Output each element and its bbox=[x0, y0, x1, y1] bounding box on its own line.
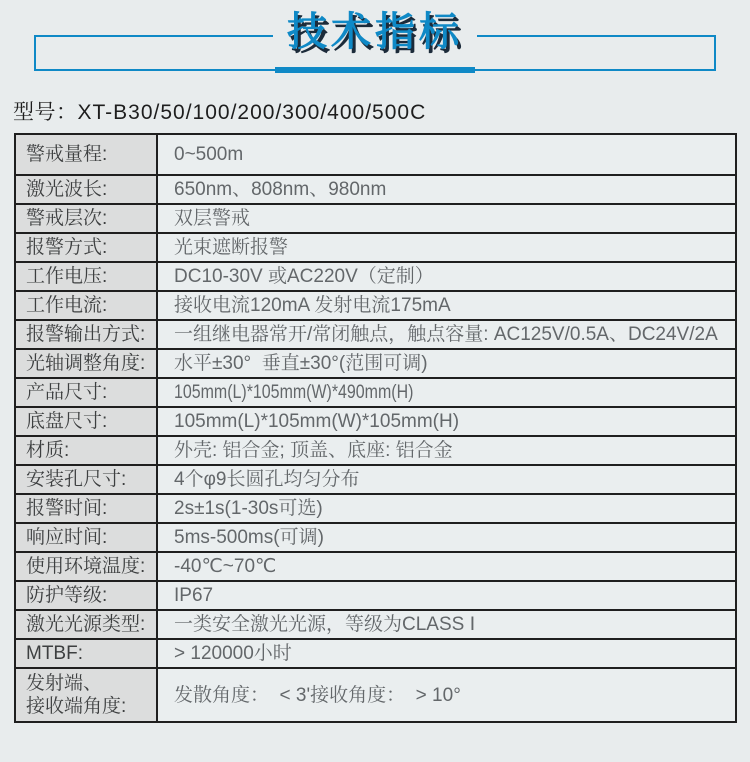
spec-value-text: 发散角度： < 3'接收角度： > 10° bbox=[174, 685, 461, 706]
table-row: 安装孔尺寸: 4个φ9长圆孔均匀分布 bbox=[15, 465, 736, 494]
spec-value-text: 接收电流120mA 发射电流175mA bbox=[174, 295, 451, 316]
spec-label: 警戒层次: bbox=[15, 204, 157, 233]
spec-value-text: 水平±30° 垂直±30°(范围可调) bbox=[174, 353, 428, 374]
spec-label: 报警方式: bbox=[15, 233, 157, 262]
header-banner: 技术指标 bbox=[0, 0, 750, 90]
table-row: MTBF: > 120000小时 bbox=[15, 639, 736, 668]
spec-label: 报警时间: bbox=[15, 494, 157, 523]
spec-sheet-page: 技术指标 型号：XT-B30/50/100/200/300/400/500C 警… bbox=[0, 0, 750, 762]
title-underline bbox=[275, 67, 475, 73]
table-row: 报警输出方式: 一组继电器常开/常闭触点，触点容量: AC125V/0.5A、D… bbox=[15, 320, 736, 349]
spec-table: 警戒量程: 0~500m 激光波长: 650nm、808nm、980nm 警戒层… bbox=[14, 133, 737, 723]
spec-value-text: 4个φ9长圆孔均匀分布 bbox=[174, 469, 359, 490]
spec-value-text: 105mm(L)*105mm(W)*490mm(H) bbox=[174, 381, 413, 404]
spec-value-text: 105mm(L)*105mm(W)*105mm(H) bbox=[174, 411, 459, 432]
spec-label: 底盘尺寸: bbox=[15, 407, 157, 436]
spec-value-text: 0~500m bbox=[174, 144, 243, 165]
table-row: 光轴调整角度: 水平±30° 垂直±30°(范围可调) bbox=[15, 349, 736, 378]
spec-value: 一类安全激光光源，等级为CLASS Ⅰ bbox=[157, 610, 736, 639]
table-row: 报警时间: 2s±1s(1-30s可选) bbox=[15, 494, 736, 523]
table-row: 激光光源类型: 一类安全激光光源，等级为CLASS Ⅰ bbox=[15, 610, 736, 639]
table-row: 报警方式: 光束遮断报警 bbox=[15, 233, 736, 262]
spec-value-text: -40℃~70℃ bbox=[174, 556, 276, 577]
spec-value: > 120000小时 bbox=[157, 639, 736, 668]
model-value: XT-B30/50/100/200/300/400/500C bbox=[78, 101, 427, 124]
spec-value-text: 外壳: 铝合金; 顶盖、底座: 铝合金 bbox=[174, 440, 453, 461]
spec-value: -40℃~70℃ bbox=[157, 552, 736, 581]
spec-value: 5ms-500ms(可调) bbox=[157, 523, 736, 552]
spec-label: 工作电流: bbox=[15, 291, 157, 320]
table-row: 使用环境温度: -40℃~70℃ bbox=[15, 552, 736, 581]
spec-value-text: 光束遮断报警 bbox=[174, 237, 288, 258]
model-line: 型号：XT-B30/50/100/200/300/400/500C bbox=[13, 96, 750, 126]
spec-value-text: 5ms-500ms(可调) bbox=[174, 527, 324, 548]
table-row: 材质: 外壳: 铝合金; 顶盖、底座: 铝合金 bbox=[15, 436, 736, 465]
spec-value-text: 2s±1s(1-30s可选) bbox=[174, 498, 323, 519]
table-row: 警戒层次: 双层警戒 bbox=[15, 204, 736, 233]
table-row: 防护等级: IP67 bbox=[15, 581, 736, 610]
spec-value: IP67 bbox=[157, 581, 736, 610]
spec-value: 接收电流120mA 发射电流175mA bbox=[157, 291, 736, 320]
spec-value-text: 一组继电器常开/常闭触点，触点容量: AC125V/0.5A、DC24V/2A bbox=[174, 324, 718, 345]
spec-label: 工作电压: bbox=[15, 262, 157, 291]
spec-value: 2s±1s(1-30s可选) bbox=[157, 494, 736, 523]
spec-value: 0~500m bbox=[157, 134, 736, 175]
spec-label: 警戒量程: bbox=[15, 134, 157, 175]
table-row: 工作电流: 接收电流120mA 发射电流175mA bbox=[15, 291, 736, 320]
spec-label: 安装孔尺寸: bbox=[15, 465, 157, 494]
spec-value: 650nm、808nm、980nm bbox=[157, 175, 736, 204]
spec-value: 4个φ9长圆孔均匀分布 bbox=[157, 465, 736, 494]
table-row: 激光波长: 650nm、808nm、980nm bbox=[15, 175, 736, 204]
spec-value-text: > 120000小时 bbox=[174, 643, 292, 664]
spec-value: 105mm(L)*105mm(W)*490mm(H) bbox=[157, 378, 736, 407]
spec-value: 105mm(L)*105mm(W)*105mm(H) bbox=[157, 407, 736, 436]
spec-value-text: DC10-30V 或AC220V（定制） bbox=[174, 266, 434, 287]
spec-value: 水平±30° 垂直±30°(范围可调) bbox=[157, 349, 736, 378]
spec-label: MTBF: bbox=[15, 639, 157, 668]
spec-table-body: 警戒量程: 0~500m 激光波长: 650nm、808nm、980nm 警戒层… bbox=[15, 134, 736, 722]
spec-value: DC10-30V 或AC220V（定制） bbox=[157, 262, 736, 291]
table-row: 响应时间: 5ms-500ms(可调) bbox=[15, 523, 736, 552]
spec-value-text: 双层警戒 bbox=[174, 208, 250, 229]
spec-label: 产品尺寸: bbox=[15, 378, 157, 407]
model-label: 型号： bbox=[13, 101, 78, 124]
spec-label: 防护等级: bbox=[15, 581, 157, 610]
spec-value: 一组继电器常开/常闭触点，触点容量: AC125V/0.5A、DC24V/2A bbox=[157, 320, 736, 349]
page-title: 技术指标 bbox=[0, 6, 750, 58]
table-row: 产品尺寸: 105mm(L)*105mm(W)*490mm(H) bbox=[15, 378, 736, 407]
page-title-text: 技术指标 bbox=[273, 10, 477, 54]
spec-value: 双层警戒 bbox=[157, 204, 736, 233]
spec-value-text: 650nm、808nm、980nm bbox=[174, 179, 386, 200]
spec-label: 报警输出方式: bbox=[15, 320, 157, 349]
spec-value: 外壳: 铝合金; 顶盖、底座: 铝合金 bbox=[157, 436, 736, 465]
spec-value: 光束遮断报警 bbox=[157, 233, 736, 262]
spec-label: 激光光源类型: bbox=[15, 610, 157, 639]
spec-label: 光轴调整角度: bbox=[15, 349, 157, 378]
spec-label: 发射端、 接收端角度: bbox=[15, 668, 157, 722]
spec-value-text: IP67 bbox=[174, 585, 213, 606]
spec-label: 响应时间: bbox=[15, 523, 157, 552]
table-row: 警戒量程: 0~500m bbox=[15, 134, 736, 175]
spec-value-text: 一类安全激光光源，等级为CLASS Ⅰ bbox=[174, 614, 475, 635]
table-row: 发射端、 接收端角度: 发散角度： < 3'接收角度： > 10° bbox=[15, 668, 736, 722]
table-row: 工作电压: DC10-30V 或AC220V（定制） bbox=[15, 262, 736, 291]
spec-label: 激光波长: bbox=[15, 175, 157, 204]
table-row: 底盘尺寸: 105mm(L)*105mm(W)*105mm(H) bbox=[15, 407, 736, 436]
spec-label: 使用环境温度: bbox=[15, 552, 157, 581]
spec-label: 材质: bbox=[15, 436, 157, 465]
spec-value: 发散角度： < 3'接收角度： > 10° bbox=[157, 668, 736, 722]
